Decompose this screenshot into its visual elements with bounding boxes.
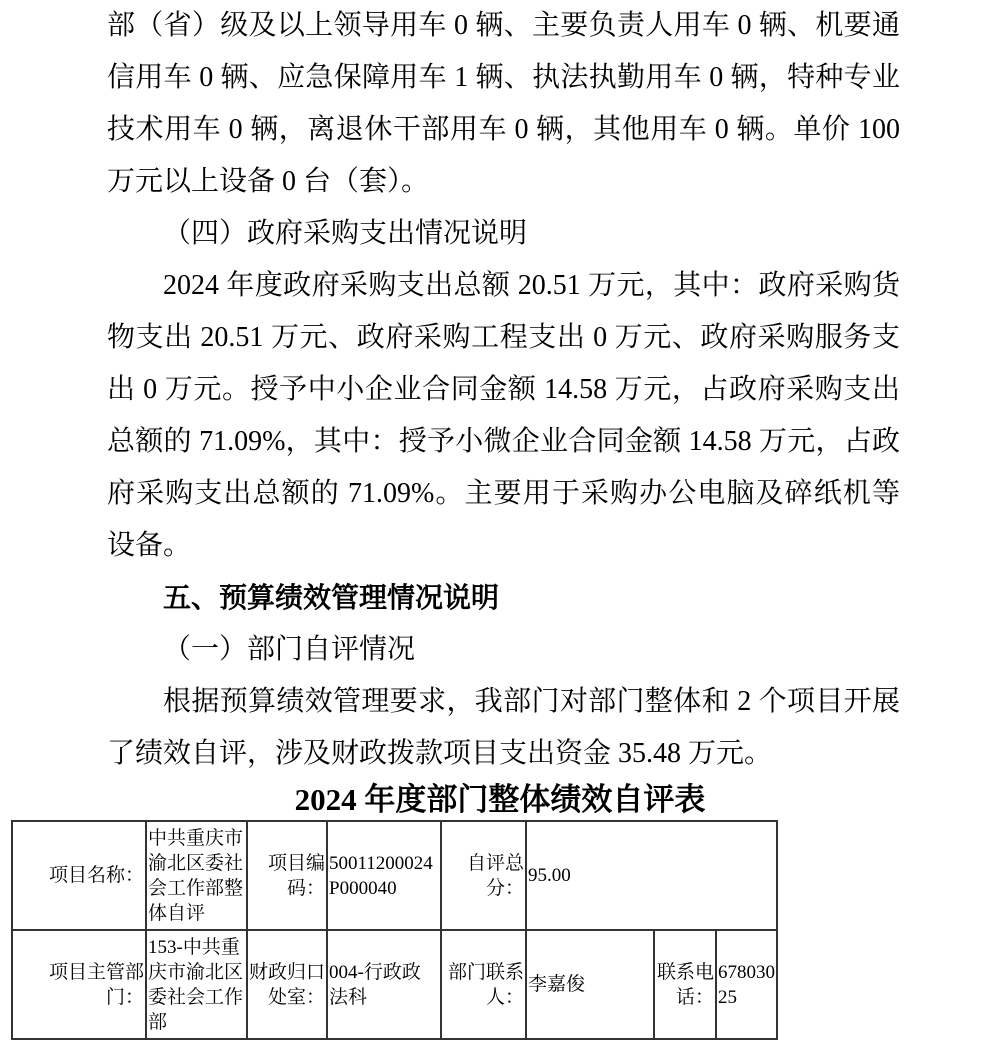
self-score-label: 自评总分： bbox=[441, 821, 526, 930]
finance-office-label: 财政归口处室： bbox=[247, 930, 327, 1039]
contact-phone-label: 联系电话： bbox=[654, 930, 716, 1039]
table-row-project-info: 项目名称： 中共重庆市渝北区委社会工作部整体自评 项目编码： 500112000… bbox=[12, 821, 777, 930]
paragraph-vehicle-counts: 部（省）级及以上领导用车 0 辆、主要负责人用车 0 辆、机要通信用车 0 辆、… bbox=[107, 0, 900, 208]
project-name-label: 项目名称： bbox=[12, 821, 146, 930]
self-evaluation-table-title: 2024 年度部门整体绩效自评表 bbox=[0, 780, 1000, 820]
document-page: 部（省）级及以上领导用车 0 辆、主要负责人用车 0 辆、机要通信用车 0 辆、… bbox=[0, 0, 1000, 1042]
project-code-label: 项目编码： bbox=[247, 821, 327, 930]
supervisor-department-value: 153-中共重庆市渝北区委社会工作部 bbox=[146, 930, 247, 1039]
table-row-department-info: 项目主管部门： 153-中共重庆市渝北区委社会工作部 财政归口处室： 004-行… bbox=[12, 930, 777, 1039]
project-code-value: 50011200024P000040 bbox=[327, 821, 441, 930]
body-text-block: 部（省）级及以上领导用车 0 辆、主要负责人用车 0 辆、机要通信用车 0 辆、… bbox=[0, 0, 1000, 780]
section-heading-performance-management: 五、预算绩效管理情况说明 bbox=[107, 572, 900, 624]
section-heading-procurement: （四）政府采购支出情况说明 bbox=[107, 208, 900, 260]
paragraph-procurement-details: 2024 年度政府采购支出总额 20.51 万元，其中：政府采购货物支出 20.… bbox=[107, 260, 900, 572]
section-heading-self-evaluation: （一）部门自评情况 bbox=[107, 624, 900, 676]
finance-office-value: 004-行政政法科 bbox=[327, 930, 441, 1039]
contact-person-value: 李嘉俊 bbox=[526, 930, 654, 1039]
project-name-value: 中共重庆市渝北区委社会工作部整体自评 bbox=[146, 821, 247, 930]
self-evaluation-table: 项目名称： 中共重庆市渝北区委社会工作部整体自评 项目编码： 500112000… bbox=[11, 820, 778, 1040]
contact-person-label: 部门联系人： bbox=[441, 930, 526, 1039]
paragraph-self-evaluation: 根据预算绩效管理要求，我部门对部门整体和 2 个项目开展了绩效自评，涉及财政拨款… bbox=[107, 676, 900, 780]
supervisor-department-label: 项目主管部门： bbox=[12, 930, 146, 1039]
contact-phone-value: 67803025 bbox=[716, 930, 777, 1039]
self-score-value: 95.00 bbox=[526, 821, 777, 930]
